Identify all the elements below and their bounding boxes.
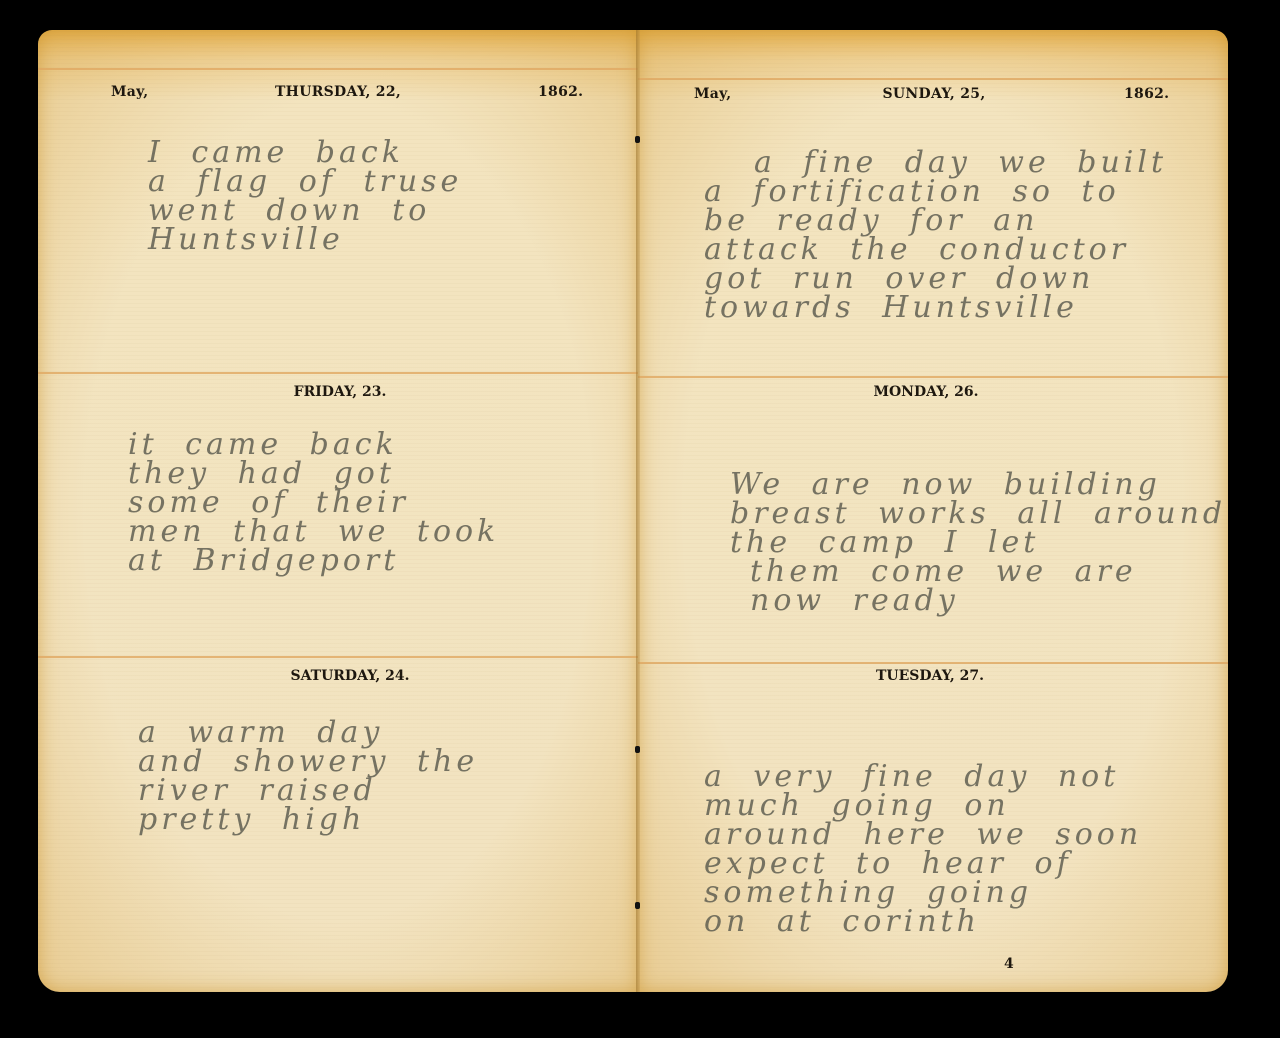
diary-scan: May, THURSDAY, 22, 1862. I came back a f… xyxy=(0,0,1280,1038)
entry-saturday: a warm day and showery the river raised … xyxy=(138,718,478,834)
day-title-friday: FRIDAY, 23. xyxy=(294,384,387,400)
day-title-thursday: THURSDAY, 22, xyxy=(275,84,401,100)
section-rule xyxy=(638,376,1228,378)
section-rule xyxy=(638,662,1228,664)
section-rule xyxy=(38,372,638,374)
right-page-header: May, SUNDAY, 25, 1862. xyxy=(638,86,1228,106)
book-gutter xyxy=(636,30,640,992)
left-page: May, THURSDAY, 22, 1862. I came back a f… xyxy=(38,30,638,992)
section-rule xyxy=(38,656,638,658)
binding-stitch xyxy=(635,746,640,753)
binding-stitch xyxy=(635,136,640,143)
year-label: 1862. xyxy=(538,84,583,100)
entry-thursday: I came back a flag of truse went down to… xyxy=(148,138,462,254)
month-label: May, xyxy=(694,86,731,102)
day-title-monday: MONDAY, 26. xyxy=(873,384,978,400)
day-title-tuesday: TUESDAY, 27. xyxy=(876,668,984,684)
left-page-header: May, THURSDAY, 22, 1862. xyxy=(38,84,638,104)
entry-monday: We are now building breast works all aro… xyxy=(730,470,1226,615)
header-rule xyxy=(638,78,1228,80)
binding-stitch xyxy=(635,902,640,909)
entry-tuesday: a very fine day not much going on around… xyxy=(704,762,1142,936)
page-number: 4 xyxy=(1004,956,1014,972)
year-label: 1862. xyxy=(1124,86,1169,102)
month-label: May, xyxy=(111,84,148,100)
day-title-sunday: SUNDAY, 25, xyxy=(882,86,985,102)
entry-friday: it came back they had got some of their … xyxy=(128,430,499,575)
day-title-saturday: SATURDAY, 24. xyxy=(290,668,409,684)
entry-sunday: a fine day we built a fortification so t… xyxy=(704,148,1167,322)
right-page: May, SUNDAY, 25, 1862. a fine day we bui… xyxy=(638,30,1228,992)
header-rule xyxy=(38,68,638,70)
